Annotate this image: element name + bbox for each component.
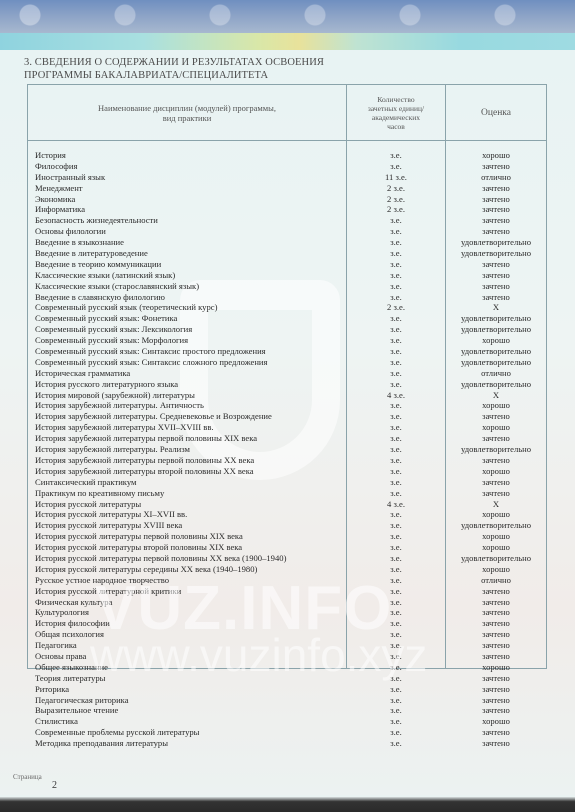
page-label: Страница	[13, 773, 42, 781]
discipline-name: История русской литературы XVIII века	[35, 520, 182, 531]
grade-value: удовлетворительно	[446, 313, 546, 324]
credits-value: 4 з.е.	[347, 499, 445, 510]
credits-value: з.е.	[347, 662, 445, 673]
grade-value: хорошо	[446, 542, 546, 553]
table-row: Современный русский язык: Морфологияз.е.…	[28, 335, 546, 346]
credits-value: з.е.	[347, 368, 445, 379]
credits-value: з.е.	[347, 226, 445, 237]
discipline-name: История зарубежной литературы. Античност…	[35, 400, 204, 411]
table-row: История русского литературного языказ.е.…	[28, 379, 546, 390]
credits-value: з.е.	[347, 586, 445, 597]
table-row: Русское устное народное творчествоз.е.от…	[28, 575, 546, 586]
table-row: Менеджмент2 з.е.зачтено	[28, 183, 546, 194]
credits-value: з.е.	[347, 150, 445, 161]
table-row: История русской литературы второй полови…	[28, 542, 546, 553]
security-ornament-band	[0, 0, 575, 33]
grade-value: зачтено	[446, 607, 546, 618]
disciplines-table: Наименование дисциплин (модулей) програм…	[27, 84, 547, 669]
grade-value: удовлетворительно	[446, 444, 546, 455]
table-row: Общее языкознаниез.е.хорошо	[28, 662, 546, 673]
table-row: Синтаксический практикумз.е.зачтено	[28, 477, 546, 488]
table-row: История русской литературы первой полови…	[28, 531, 546, 542]
section-title: 3. СВЕДЕНИЯ О СОДЕРЖАНИИ И РЕЗУЛЬТАТАХ О…	[24, 56, 324, 82]
grade-value: удовлетворительно	[446, 553, 546, 564]
credits-value: з.е.	[347, 422, 445, 433]
grade-value: Х	[446, 390, 546, 401]
discipline-name: История русского литературного языка	[35, 379, 178, 390]
grade-value: удовлетворительно	[446, 248, 546, 259]
table-row: Стилистиказ.е.хорошо	[28, 716, 546, 727]
credits-value: з.е.	[347, 477, 445, 488]
discipline-name: Риторика	[35, 684, 69, 695]
credits-value: з.е.	[347, 161, 445, 172]
grade-value: зачтено	[446, 259, 546, 270]
credits-value: з.е.	[347, 357, 445, 368]
credits-value: з.е.	[347, 313, 445, 324]
table-row: История русской литературы первой полови…	[28, 553, 546, 564]
discipline-name: Современный русский язык: Фонетика	[35, 313, 177, 324]
grade-value: зачтено	[446, 629, 546, 640]
discipline-name: История мировой (зарубежной) литературы	[35, 390, 195, 401]
grade-value: хорошо	[446, 150, 546, 161]
grade-value: Х	[446, 302, 546, 313]
discipline-name: Современный русский язык: Лексикология	[35, 324, 192, 335]
discipline-name: История русской литературы середины XX в…	[35, 564, 257, 575]
grade-value: отлично	[446, 368, 546, 379]
discipline-name: Современный русский язык (теоретический …	[35, 302, 217, 313]
table-body: Историяз.е.хорошоФилософияз.е.зачтеноИно…	[28, 150, 546, 749]
grade-value: удовлетворительно	[446, 520, 546, 531]
discipline-name: Экономика	[35, 194, 75, 205]
table-row: История русской литературной критикиз.е.…	[28, 586, 546, 597]
grade-value: хорошо	[446, 400, 546, 411]
table-row: История русской литературы середины XX в…	[28, 564, 546, 575]
discipline-name: Безопасность жизнедеятельности	[35, 215, 158, 226]
credits-value: з.е.	[347, 488, 445, 499]
credits-value: 2 з.е.	[347, 302, 445, 313]
grade-value: удовлетворительно	[446, 379, 546, 390]
grade-value: зачтено	[446, 292, 546, 303]
discipline-name: Культурология	[35, 607, 89, 618]
page-number: 2	[52, 780, 57, 791]
table-row: История зарубежной литературы XVII–XVIII…	[28, 422, 546, 433]
credits-value: з.е.	[347, 738, 445, 749]
grade-value: хорошо	[446, 662, 546, 673]
credits-value: з.е.	[347, 695, 445, 706]
table-row: Культурологияз.е.зачтено	[28, 607, 546, 618]
credits-value: з.е.	[347, 444, 445, 455]
credits-value: з.е.	[347, 215, 445, 226]
table-row: Историческая грамматиказ.е.отлично	[28, 368, 546, 379]
grade-value: Х	[446, 499, 546, 510]
table-row: Безопасность жизнедеятельностиз.е.зачтен…	[28, 215, 546, 226]
grade-value: удовлетворительно	[446, 237, 546, 248]
table-row: Введение в литературоведениез.е.удовлетв…	[28, 248, 546, 259]
header-grade: Оценка	[446, 85, 546, 140]
grade-value: зачтено	[446, 488, 546, 499]
discipline-name: История зарубежной литературы XVII–XVIII…	[35, 422, 214, 433]
credits-value: з.е.	[347, 542, 445, 553]
grade-value: зачтено	[446, 738, 546, 749]
credits-value: з.е.	[347, 597, 445, 608]
discipline-name: Выразительное чтение	[35, 705, 118, 716]
grade-value: хорошо	[446, 335, 546, 346]
grade-value: хорошо	[446, 564, 546, 575]
credits-value: з.е.	[347, 433, 445, 444]
grade-value: зачтено	[446, 270, 546, 281]
table-row: Экономика2 з.е.зачтено	[28, 194, 546, 205]
credits-value: 2 з.е.	[347, 183, 445, 194]
header-credits: Количество зачетных единиц/ академически…	[347, 85, 445, 140]
table-row: История зарубежной литературы. Средневек…	[28, 411, 546, 422]
credits-value: з.е.	[347, 520, 445, 531]
table-header: Наименование дисциплин (модулей) програм…	[28, 85, 546, 141]
discipline-name: Введение в литературоведение	[35, 248, 148, 259]
scan-bottom-edge	[0, 797, 575, 812]
grade-value: зачтено	[446, 586, 546, 597]
discipline-name: Философия	[35, 161, 77, 172]
discipline-name: Классические языки (старославянский язык…	[35, 281, 199, 292]
credits-value: з.е.	[347, 564, 445, 575]
discipline-name: Общая психология	[35, 629, 104, 640]
table-row: Физическая культураз.е.зачтено	[28, 597, 546, 608]
table-row: Современные проблемы русской литературыз…	[28, 727, 546, 738]
credits-value: з.е.	[347, 509, 445, 520]
credits-value: з.е.	[347, 607, 445, 618]
grade-value: зачтено	[446, 204, 546, 215]
credits-value: з.е.	[347, 270, 445, 281]
table-row: История философииз.е.зачтено	[28, 618, 546, 629]
table-row: История русской литературы XI–XVII вв.з.…	[28, 509, 546, 520]
discipline-name: История зарубежной литературы первой пол…	[35, 433, 257, 444]
credits-value: 4 з.е.	[347, 390, 445, 401]
credits-value: з.е.	[347, 553, 445, 564]
discipline-name: Современный русский язык: Синтаксис слож…	[35, 357, 267, 368]
table-row: История зарубежной литературы. Реализмз.…	[28, 444, 546, 455]
grade-value: хорошо	[446, 422, 546, 433]
discipline-name: Физическая культура	[35, 597, 112, 608]
discipline-name: История зарубежной литературы. Средневек…	[35, 411, 272, 422]
grade-value: зачтено	[446, 194, 546, 205]
grade-value: зачтено	[446, 727, 546, 738]
grade-value: зачтено	[446, 433, 546, 444]
grade-value: хорошо	[446, 509, 546, 520]
grade-value: зачтено	[446, 695, 546, 706]
table-row: Практикум по креативному письмуз.е.зачте…	[28, 488, 546, 499]
grade-value: зачтено	[446, 651, 546, 662]
table-row: Введение в славянскую филологиюз.е.зачте…	[28, 292, 546, 303]
table-row: История русской литературы4 з.е.Х	[28, 499, 546, 510]
discipline-name: История русской литературы второй полови…	[35, 542, 242, 553]
grade-value: зачтено	[446, 215, 546, 226]
discipline-name: Введение в славянскую филологию	[35, 292, 165, 303]
credits-value: з.е.	[347, 248, 445, 259]
table-row: Выразительное чтениез.е.зачтено	[28, 705, 546, 716]
credits-value: з.е.	[347, 292, 445, 303]
grade-value: зачтено	[446, 226, 546, 237]
grade-value: зачтено	[446, 618, 546, 629]
discipline-name: Синтаксический практикум	[35, 477, 136, 488]
discipline-name: Методика преподавания литературы	[35, 738, 168, 749]
table-row: Информатика2 з.е.зачтено	[28, 204, 546, 215]
table-row: Введение в языкознаниез.е.удовлетворител…	[28, 237, 546, 248]
table-row: Педагогическая риториказ.е.зачтено	[28, 695, 546, 706]
discipline-name: Современный русский язык: Морфология	[35, 335, 188, 346]
credits-value: з.е.	[347, 237, 445, 248]
credits-value: з.е.	[347, 673, 445, 684]
table-row: История русской литературы XVIII веказ.е…	[28, 520, 546, 531]
grade-value: удовлетворительно	[446, 346, 546, 357]
grade-value: зачтено	[446, 411, 546, 422]
discipline-name: Педагогическая риторика	[35, 695, 129, 706]
discipline-name: Современные проблемы русской литературы	[35, 727, 199, 738]
discipline-name: История русской литературы первой полови…	[35, 531, 243, 542]
credits-value: 2 з.е.	[347, 194, 445, 205]
table-row: История зарубежной литературы первой пол…	[28, 433, 546, 444]
credits-value: з.е.	[347, 400, 445, 411]
credits-value: з.е.	[347, 629, 445, 640]
grade-value: зачтено	[446, 673, 546, 684]
table-row: Современный русский язык: Синтаксис слож…	[28, 357, 546, 368]
discipline-name: Основы права	[35, 651, 86, 662]
grade-value: зачтено	[446, 597, 546, 608]
credits-value: з.е.	[347, 640, 445, 651]
grade-value: зачтено	[446, 455, 546, 466]
discipline-name: Классические языки (латинский язык)	[35, 270, 175, 281]
grade-value: хорошо	[446, 531, 546, 542]
discipline-name: Общее языкознание	[35, 662, 108, 673]
grade-value: зачтено	[446, 684, 546, 695]
discipline-name: История русской литературной критики	[35, 586, 181, 597]
grade-value: хорошо	[446, 716, 546, 727]
table-row: Методика преподавания литературыз.е.зачт…	[28, 738, 546, 749]
table-row: История зарубежной литературы. Античност…	[28, 400, 546, 411]
table-row: Общая психологияз.е.зачтено	[28, 629, 546, 640]
discipline-name: Стилистика	[35, 716, 78, 727]
discipline-name: История русской литературы XI–XVII вв.	[35, 509, 187, 520]
grade-value: зачтено	[446, 477, 546, 488]
credits-value: з.е.	[347, 651, 445, 662]
table-row: Современный русский язык: Синтаксис прос…	[28, 346, 546, 357]
credits-value: з.е.	[347, 281, 445, 292]
table-row: Педагогиказ.е.зачтено	[28, 640, 546, 651]
discipline-name: История русской литературы первой полови…	[35, 553, 286, 564]
credits-value: з.е.	[347, 259, 445, 270]
discipline-name: История философии	[35, 618, 110, 629]
discipline-name: Теория литературы	[35, 673, 105, 684]
discipline-name: История зарубежной литературы. Реализм	[35, 444, 190, 455]
credits-value: з.е.	[347, 324, 445, 335]
credits-value: з.е.	[347, 379, 445, 390]
discipline-name: Русское устное народное творчество	[35, 575, 169, 586]
discipline-name: Иностранный язык	[35, 172, 105, 183]
grade-value: отлично	[446, 575, 546, 586]
discipline-name: Введение в языкознание	[35, 237, 124, 248]
credits-value: 11 з.е.	[347, 172, 445, 183]
table-row: Современный русский язык: Фонетиказ.е.уд…	[28, 313, 546, 324]
discipline-name: История зарубежной литературы второй пол…	[35, 466, 254, 477]
grade-value: зачтено	[446, 161, 546, 172]
table-row: Основы праваз.е.зачтено	[28, 651, 546, 662]
discipline-name: История	[35, 150, 66, 161]
credits-value: з.е.	[347, 716, 445, 727]
table-row: Введение в теорию коммуникацииз.е.зачтен…	[28, 259, 546, 270]
credits-value: з.е.	[347, 335, 445, 346]
discipline-name: Введение в теорию коммуникации	[35, 259, 161, 270]
credits-value: з.е.	[347, 705, 445, 716]
table-row: Теория литературыз.е.зачтено	[28, 673, 546, 684]
table-row: Современный русский язык (теоретический …	[28, 302, 546, 313]
grade-value: удовлетворительно	[446, 324, 546, 335]
section-title-line-1: 3. СВЕДЕНИЯ О СОДЕРЖАНИИ И РЕЗУЛЬТАТАХ О…	[24, 56, 324, 69]
credits-value: з.е.	[347, 575, 445, 586]
table-row: Современный русский язык: Лексикологияз.…	[28, 324, 546, 335]
discipline-name: История зарубежной литературы первой пол…	[35, 455, 254, 466]
table-row: Классические языки (латинский язык)з.е.з…	[28, 270, 546, 281]
table-row: Риториказ.е.зачтено	[28, 684, 546, 695]
credits-value: з.е.	[347, 346, 445, 357]
grade-value: отлично	[446, 172, 546, 183]
credits-value: з.е.	[347, 618, 445, 629]
credits-value: з.е.	[347, 466, 445, 477]
discipline-name: Основы филологии	[35, 226, 106, 237]
grade-value: зачтено	[446, 183, 546, 194]
grade-value: зачтено	[446, 705, 546, 716]
table-row: История мировой (зарубежной) литературы4…	[28, 390, 546, 401]
table-row: Иностранный язык11 з.е.отлично	[28, 172, 546, 183]
table-row: Основы филологииз.е.зачтено	[28, 226, 546, 237]
table-row: Классические языки (старославянский язык…	[28, 281, 546, 292]
credits-value: 2 з.е.	[347, 204, 445, 215]
credits-value: з.е.	[347, 727, 445, 738]
security-color-band	[0, 33, 575, 50]
discipline-name: Педагогика	[35, 640, 77, 651]
table-row: История зарубежной литературы второй пол…	[28, 466, 546, 477]
grade-value: зачтено	[446, 281, 546, 292]
grade-value: хорошо	[446, 466, 546, 477]
credits-value: з.е.	[347, 684, 445, 695]
discipline-name: История русской литературы	[35, 499, 141, 510]
table-row: История зарубежной литературы первой пол…	[28, 455, 546, 466]
discipline-name: Историческая грамматика	[35, 368, 130, 379]
header-discipline-name: Наименование дисциплин (модулей) програм…	[28, 85, 346, 140]
discipline-name: Менеджмент	[35, 183, 83, 194]
discipline-name: Практикум по креативному письму	[35, 488, 164, 499]
discipline-name: Современный русский язык: Синтаксис прос…	[35, 346, 266, 357]
section-title-line-2: ПРОГРАММЫ БАКАЛАВРИАТА/СПЕЦИАЛИТЕТА	[24, 69, 324, 82]
credits-value: з.е.	[347, 531, 445, 542]
grade-value: зачтено	[446, 640, 546, 651]
discipline-name: Информатика	[35, 204, 85, 215]
table-row: Философияз.е.зачтено	[28, 161, 546, 172]
table-row: Историяз.е.хорошо	[28, 150, 546, 161]
grade-value: удовлетворительно	[446, 357, 546, 368]
credits-value: з.е.	[347, 455, 445, 466]
credits-value: з.е.	[347, 411, 445, 422]
